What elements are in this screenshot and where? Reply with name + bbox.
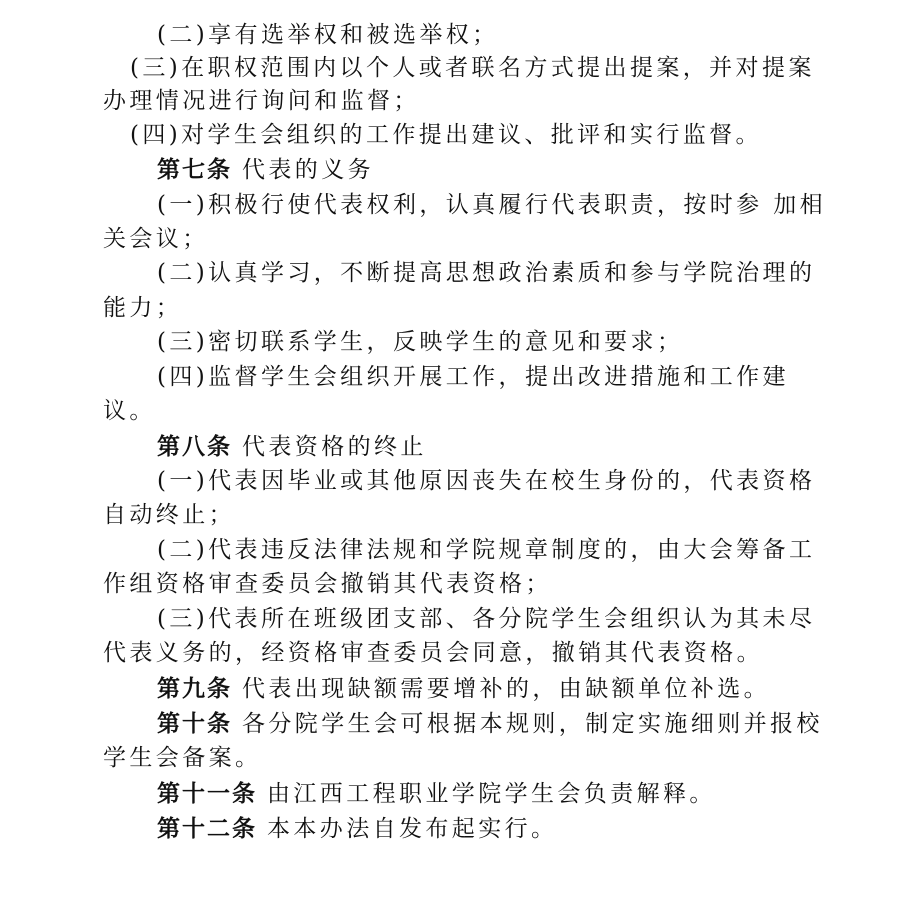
article-text: 本本办法自发布起实行。 (267, 816, 557, 842)
article-title: 代表的义务 (242, 157, 374, 183)
clause-text: (三)代表所在班级团支部、各分院学生会组织认为其未尽 (157, 606, 815, 632)
termination-2: (二)代表违反法律法规和学院规章制度的，由大会筹备工 (157, 535, 815, 565)
article-text: 各分院学生会可根据本规则，制定实施细则并报校 (242, 711, 823, 737)
article-12: 第十二条本本办法自发布起实行。 (157, 814, 557, 844)
termination-3-cont: 代表义务的，经资格审查委员会同意，撤销其代表资格。 (103, 638, 763, 668)
duty-1: (一)积极行使代表权利，认真履行代表职责，按时参 加相 (157, 190, 826, 220)
clause-text: 作组资格审查委员会撤销其代表资格； (103, 571, 552, 597)
duty-4: (四)监督学生会组织开展工作，提出改进措施和工作建 (157, 362, 789, 392)
clause-right-3: (三)在职权范围内以个人或者联名方式提出提案，并对提案 (130, 53, 815, 83)
article-10: 第十条各分院学生会可根据本规则，制定实施细则并报校 (157, 709, 823, 739)
clause-text: (三)密切联系学生，反映学生的意见和要求； (157, 329, 683, 355)
clause-text: (三)在职权范围内以个人或者联名方式提出提案，并对提案 (130, 55, 815, 81)
article-number: 第七条 (157, 156, 232, 183)
clause-text: (二)代表违反法律法规和学院规章制度的，由大会筹备工 (157, 537, 815, 563)
clause-text: (二)认真学习，不断提高思想政治素质和参与学院治理的 (157, 260, 815, 286)
duty-3: (三)密切联系学生，反映学生的意见和要求； (157, 327, 683, 357)
article-text: 由江西工程职业学院学生会负责解释。 (267, 781, 716, 807)
article-11: 第十一条由江西工程职业学院学生会负责解释。 (157, 779, 716, 809)
clause-text: 办理情况进行询问和监督； (103, 88, 420, 114)
clause-text: 议。 (103, 398, 156, 424)
duty-1-cont: 关会议； (103, 224, 209, 254)
clause-text: (一)代表因毕业或其他原因丧失在校生身份的，代表资格 (157, 468, 815, 494)
document-page: (二)享有选举权和被选举权； (三)在职权范围内以个人或者联名方式提出提案，并对… (0, 0, 897, 902)
clause-text: 关会议； (103, 226, 209, 252)
clause-text: (四)对学生会组织的工作提出建议、批评和实行监督。 (130, 122, 762, 148)
clause-right-4: (四)对学生会组织的工作提出建议、批评和实行监督。 (130, 120, 762, 150)
article-9: 第九条代表出现缺额需要增补的，由缺额单位补选。 (157, 674, 770, 704)
termination-2-cont: 作组资格审查委员会撤销其代表资格； (103, 569, 552, 599)
clause-text: (四)监督学生会组织开展工作，提出改进措施和工作建 (157, 364, 789, 390)
article-number: 第十一条 (157, 780, 257, 807)
article-10-cont: 学生会备案。 (103, 743, 261, 773)
clause-text: 学生会备案。 (103, 745, 261, 771)
article-number: 第九条 (157, 675, 232, 702)
termination-1: (一)代表因毕业或其他原因丧失在校生身份的，代表资格 (157, 466, 815, 496)
duty-2-cont: 能力； (103, 293, 182, 323)
clause-text: 能力； (103, 295, 182, 321)
clause-text: 自动终止； (103, 502, 235, 528)
article-title: 代表资格的终止 (242, 434, 427, 460)
article-number: 第十二条 (157, 815, 257, 842)
article-number: 第八条 (157, 433, 232, 460)
clause-right-3-cont: 办理情况进行询问和监督； (103, 86, 420, 116)
article-number: 第十条 (157, 710, 232, 737)
article-7-heading: 第七条代表的义务 (157, 155, 374, 185)
termination-1-cont: 自动终止； (103, 500, 235, 530)
article-8-heading: 第八条代表资格的终止 (157, 432, 427, 462)
clause-text: 代表义务的，经资格审查委员会同意，撤销其代表资格。 (103, 640, 763, 666)
duty-4-cont: 议。 (103, 396, 156, 426)
duty-2: (二)认真学习，不断提高思想政治素质和参与学院治理的 (157, 258, 815, 288)
clause-right-2: (二)享有选举权和被选举权； (157, 20, 499, 50)
termination-3: (三)代表所在班级团支部、各分院学生会组织认为其未尽 (157, 604, 815, 634)
article-text: 代表出现缺额需要增补的，由缺额单位补选。 (242, 676, 770, 702)
clause-text: (二)享有选举权和被选举权； (157, 22, 499, 48)
clause-text: (一)积极行使代表权利，认真履行代表职责，按时参 加相 (157, 192, 826, 218)
